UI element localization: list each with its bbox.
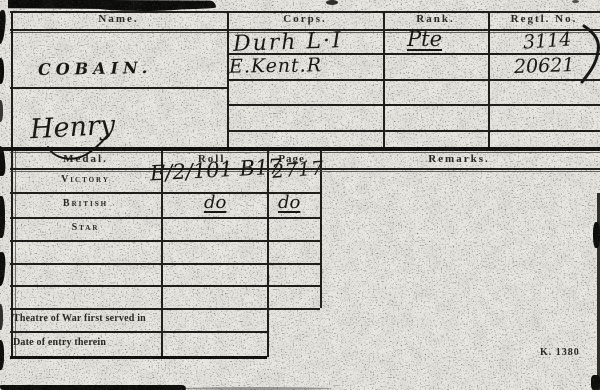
torn-edge-mark (0, 304, 3, 330)
ink-smudge (572, 0, 579, 3)
date-of-entry-label: Date of entry therein (13, 337, 106, 348)
column-header-regtl-no: Regtl. No. (488, 13, 600, 25)
table-border (10, 192, 320, 194)
torn-edge-mark (0, 100, 3, 122)
table-border (10, 308, 320, 310)
table-border (10, 87, 227, 89)
torn-edge-mark (96, 4, 188, 11)
table-border (227, 104, 600, 106)
section-divider (0, 147, 600, 151)
remarks-column-header: Remarks. (320, 153, 598, 165)
medal-column-header: Medal. (10, 153, 161, 165)
ink-smudge (0, 385, 186, 390)
column-header-corps: Corps. (227, 13, 383, 25)
torn-edge-mark (0, 340, 4, 370)
rank-entry: Pte (407, 29, 442, 50)
corps-entry-2: E.Kent.R (229, 56, 322, 77)
ink-smudge (326, 0, 338, 5)
column-header-name: Name. (10, 13, 227, 25)
corps-entry-1: Durh L·I (233, 30, 343, 56)
table-border (10, 263, 320, 265)
roll-entry-british: do (204, 194, 226, 212)
page-entry-victory: 2717 (271, 159, 325, 182)
column-header-rank: Rank. (383, 13, 488, 25)
table-border (267, 151, 269, 357)
page-entry-british: do (278, 194, 300, 212)
torn-edge-mark (0, 10, 7, 45)
surname-entry: COBAIN. (38, 60, 153, 78)
table-border (10, 356, 267, 359)
torn-edge-mark (591, 375, 600, 390)
roll-entry-victory: E/2/101 B17 (150, 157, 283, 185)
table-border (10, 331, 267, 333)
theatre-of-war-label: Theatre of War first served in (13, 313, 146, 324)
table-border (227, 79, 600, 81)
medal-index-card: Name. Corps. Rank. Regtl. No. COBAIN. He… (0, 0, 600, 390)
medal-row-british-label: British (10, 198, 161, 209)
medal-row-star-label: Star (10, 222, 161, 233)
regtl-no-entry-2: 20621 (514, 56, 575, 77)
torn-edge-mark (0, 58, 4, 84)
torn-edge-mark (593, 222, 600, 248)
forename-entry: Henry (29, 112, 115, 143)
regtl-no-entry-1: 3114 (522, 30, 572, 52)
torn-edge-mark (0, 196, 5, 238)
medal-row-victory-label: Victory (10, 174, 161, 185)
printers-code-footnote: K. 1380 (540, 347, 580, 358)
torn-edge-mark (0, 252, 6, 287)
table-border (227, 130, 600, 132)
table-border (10, 217, 320, 219)
table-border (10, 285, 320, 287)
table-border (10, 240, 320, 242)
